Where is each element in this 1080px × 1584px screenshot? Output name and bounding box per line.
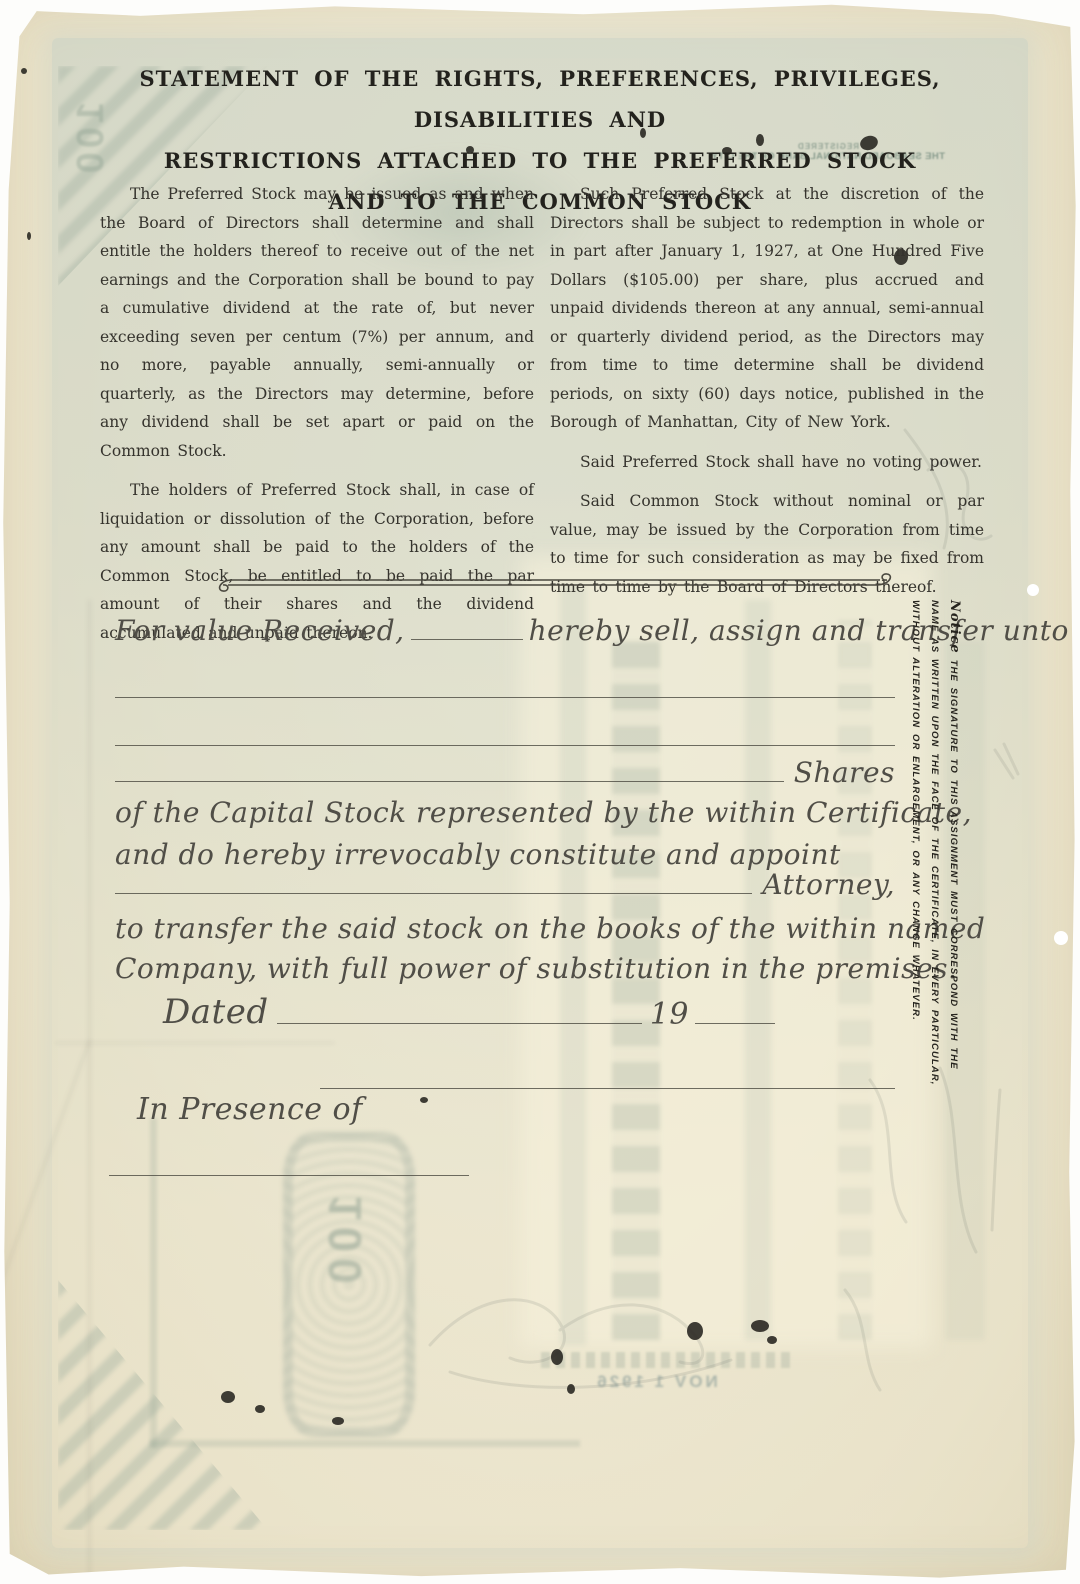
attorney-name-blank — [115, 893, 752, 894]
certificate-paper: 100 100 REGISTERED THE SEABOARD NATIONAL… — [0, 0, 1080, 1584]
substitution-text: Company, with full power of substitution… — [115, 952, 957, 985]
statement-paragraph: Said Preferred Stock shall have no votin… — [550, 448, 984, 477]
attorney-label: Attorney, — [762, 868, 895, 901]
dated-row: Dated 19 — [163, 992, 775, 1032]
scanned-stock-certificate-back: 100 100 REGISTERED THE SEABOARD NATIONAL… — [0, 0, 1080, 1584]
showthrough-corner-ornament-bottom-left — [58, 1280, 268, 1530]
statement-title-line1: STATEMENT OF THE RIGHTS, PREFERENCES, PR… — [70, 58, 1010, 140]
in-presence-of-label: In Presence of — [137, 1092, 363, 1127]
shares-quantity-blank — [115, 781, 784, 782]
showthrough-date-stamp: NOV 1 1926 — [556, 1372, 756, 1392]
notice-word: Notice — [947, 600, 962, 654]
capital-stock-text: of the Capital Stock represented by the … — [115, 796, 972, 829]
notice-line3: WITHOUT ALTERATION OR ENLARGEMENT, OR AN… — [906, 600, 925, 1174]
statement-title-line2: RESTRICTIONS ATTACHED TO THE PREFERRED S… — [70, 140, 1010, 181]
ornamental-divider — [212, 570, 898, 598]
for-value-received-text: For value Received, — [115, 614, 405, 647]
showthrough-frame-line — [150, 1440, 580, 1447]
witness-line — [109, 1175, 469, 1176]
notice-line1: NoticeTHE SIGNATURE TO THIS ASSIGNMENT M… — [944, 600, 964, 1174]
transfer-books-text: to transfer the said stock on the books … — [115, 912, 985, 945]
notice-line1-text: THE SIGNATURE TO THIS ASSIGNMENT MUST CO… — [948, 660, 959, 1070]
statement-paragraph: The Preferred Stock may be issued as and… — [100, 180, 534, 465]
date-blank — [277, 1023, 642, 1024]
paper-crease — [88, 600, 91, 1584]
transferee-blank-line — [115, 697, 895, 698]
dated-label: Dated — [163, 992, 269, 1032]
notice-line2: NAME AS WRITTEN UPON THE FACE OF THE CER… — [925, 600, 944, 1174]
showthrough-mirrored-caption-bar — [540, 1352, 790, 1368]
attorney-row: Attorney, — [115, 868, 895, 901]
signature-notice: NoticeTHE SIGNATURE TO THIS ASSIGNMENT M… — [906, 600, 964, 1174]
signature-line — [320, 1088, 895, 1089]
hereby-sell-text: hereby sell, assign and transfer unto — [529, 614, 1069, 647]
statement-paragraph: Such Preferred Stock at the discretion o… — [550, 180, 984, 437]
assignor-name-blank — [411, 639, 523, 640]
assignment-form: For value Received, hereby sell, assign … — [115, 600, 895, 1200]
transferee-blank-line — [115, 745, 895, 746]
assignment-opening-row: For value Received, hereby sell, assign … — [115, 614, 895, 647]
shares-row: Shares — [115, 756, 895, 789]
year-blank — [695, 1023, 775, 1024]
paper-crease — [0, 1040, 91, 1361]
showthrough-denomination-100-bottom: 100 — [318, 1195, 372, 1290]
year-prefix: 19 — [650, 997, 689, 1032]
constitute-appoint-text: and do hereby irrevocably constitute and… — [115, 838, 841, 871]
shares-label: Shares — [794, 756, 895, 789]
